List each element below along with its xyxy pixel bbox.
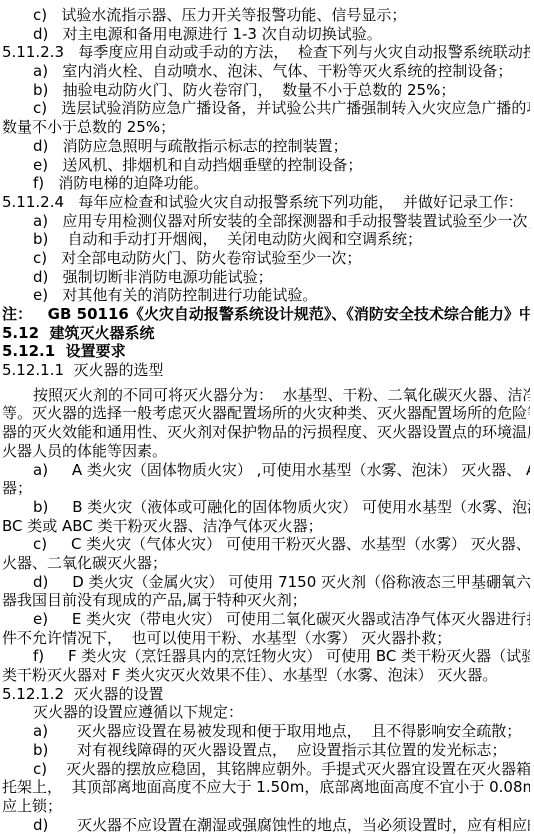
list-item-line: c) 选层试验消防应急广播设备，并试验公共广播强制转入火灾应急广播的功能，抽检 — [2, 99, 530, 118]
list-item-line: c) 对全部电动防火门、防火卷帘试验至少一次； — [2, 249, 530, 268]
text-line: 火器、二氧化碳灭火器； — [2, 554, 530, 573]
text-line: 应上锁； — [2, 797, 530, 816]
section-heading: 5.11.2.4 每年应检查和试验火灾自动报警系统下列功能， 并做好记录工作： — [2, 193, 530, 212]
list-item-line: f) 消防电梯的迫降功能。 — [2, 174, 530, 193]
paragraph-line: 按照灭火剂的不同可将灭火器分为： 水基型、干粉、二氧化碳灭火器、洁净气体灭火器 — [2, 386, 530, 405]
note-line: 注： GB 50116《火灾自动报警系统设计规范》、《消防安全技术综合能力》中国… — [2, 305, 530, 324]
list-item-line: a) A 类火灾（固体物质火灾） ,可使用水基型（水雾、泡沫） 灭火器、 ABC… — [2, 461, 530, 480]
list-item-line: b) B 类火灾（液体或可融化的固体物质火灾） 可使用水基型（水雾、泡沫） 灭火… — [2, 498, 530, 517]
text-line: 等。灭火器的选择一般考虑灭火器配置场所的火灾种类、灭火器配置场所的危险等级、灭火 — [2, 404, 530, 423]
document-page: c) 试验水流指示器、压力开关等报警功能、信号显示； d) 对主电源和备用电源进… — [0, 0, 534, 834]
section-heading: 5.11.2.3 每季度应用自动或手动的方法， 检查下列与火灾自动报警系统联动控… — [2, 43, 530, 62]
list-item-line: e) 送风机、排烟机和自动挡烟垂壁的控制设备； — [2, 156, 530, 175]
text-line: 数量不小于总数的 25%； — [2, 118, 530, 137]
section-heading: 5.12.1 设置要求 — [2, 342, 530, 361]
section-heading: 5.12.1.1 灭火器的选型 — [2, 361, 530, 380]
text-line: 器的灭火效能和通用性、灭火剂对保护物品的污损程度、灭火器设置点的环境温度、使用灭 — [2, 423, 530, 442]
list-item-line: b) 抽验电动防火门、防火卷帘门， 数量不小于总数的 25%； — [2, 81, 530, 100]
section-heading: 5.12 建筑灭火器系统 — [2, 324, 530, 343]
list-item-line: c) C 类火灾（气体火灾） 可使用干粉灭火器、水基型（水雾） 灭火器、洁净气体… — [2, 535, 530, 554]
list-item-line: d) 灭火器不应设置在潮湿或强腐蚀性的地点，当必须设置时，应有相应的保护措施。 — [2, 816, 530, 834]
text-line: 器； — [2, 479, 530, 498]
list-item-line: e) 对其他有关的消防控制进行功能试验。 — [2, 286, 530, 305]
list-item-line: c) 灭火器的摆放应稳固，其铭牌应朝外。手提式灭火器宜设置在灭火器箱内或挂钩、 — [2, 760, 530, 779]
text-line: 器我国目前没有现成的产品,属于特种灭火剂； — [2, 591, 530, 610]
paragraph-line: 灭火器的设置应遵循以下规定： — [2, 703, 530, 722]
text-line: 火器人员的体能等因素。 — [2, 442, 530, 461]
list-item-line: f) F 类火灾（烹饪器具内的烹饪物火灾） 可使用 BC 类干粉灭火器（试验表明… — [2, 647, 530, 666]
list-item-line: d) 强制切断非消防电源功能试验； — [2, 268, 530, 287]
text-line: 类干粉灭火器对 F 类火灾灭火效果不佳）、水基型（水雾、泡沫） 灭火器。 — [2, 666, 530, 685]
list-item-line: a) 灭火器应设置在易被发现和便于取用地点， 且不得影响安全疏散； — [2, 722, 530, 741]
text-line: 件不允许情况下， 也可以使用干粉、水基型（水雾） 灭火器扑救； — [2, 629, 530, 648]
text-line: 托架上， 其顶部离地面高度不应大于 1.50m，底部离地面高度不宜小于 0.08… — [2, 778, 530, 797]
section-heading: 5.12.1.2 灭火器的设置 — [2, 685, 530, 704]
list-item-line: a) 应用专用检测仪器对所安装的全部探测器和手动报警装置试验至少一次； — [2, 212, 530, 231]
list-item-line: c) 试验水流指示器、压力开关等报警功能、信号显示； — [2, 6, 530, 25]
list-item-line: d) D 类火灾（金属火灾） 可使用 7150 灭火剂（俗称液态三甲基硼氧六环，… — [2, 573, 530, 592]
list-item-line: d) 消防应急照明与疏散指示标志的控制装置； — [2, 137, 530, 156]
list-item-line: b) 对有视线障碍的灭火器设置点， 应设置指示其位置的发光标志； — [2, 741, 530, 760]
list-item-line: e) E 类火灾（带电火灾） 可使用二氧化碳灭火器或洁净气体灭火器进行扑救。在条 — [2, 610, 530, 629]
list-item-line: b) 自动和手动打开烟阀， 关闭电动防火阀和空调系统； — [2, 230, 530, 249]
text-line: BC 类或 ABC 类干粉灭火器、洁净气体灭火器； — [2, 517, 530, 536]
list-item-line: a) 室内消火栓、自动喷水、泡沫、气体、干粉等灭火系统的控制设备； — [2, 62, 530, 81]
list-item-line: d) 对主电源和备用电源进行 1-3 次自动切换试验。 — [2, 25, 530, 44]
